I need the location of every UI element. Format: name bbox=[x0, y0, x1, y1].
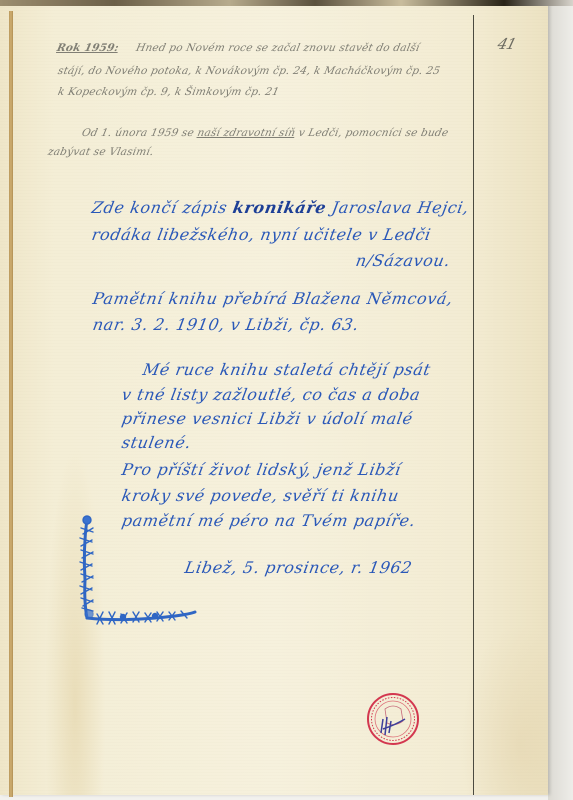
page-number: 41 bbox=[496, 35, 518, 53]
pencil-line: Od 1. února 1959 se naší zdravotní síň v… bbox=[81, 127, 450, 139]
ink-line: přinese vesnici Libži v údolí malé bbox=[120, 409, 414, 428]
scanned-document: 41 Rok 1959: Hned po Novém roce se začal… bbox=[0, 0, 573, 800]
scan-background bbox=[548, 0, 573, 800]
ink-line: Pamětní knihu přebírá Blažena Němcová, bbox=[91, 289, 454, 308]
ink-line: nar. 3. 2. 1910, v Libži, čp. 63. bbox=[91, 315, 360, 334]
ink-bold-text: kronikáře bbox=[231, 198, 328, 217]
ink-line: kroky své povede, svěří ti knihu bbox=[120, 486, 400, 505]
underlined-text: naší zdravotní síň bbox=[196, 127, 296, 139]
ink-line: v tné listy zažloutlé, co čas a doba bbox=[120, 385, 422, 404]
ink-text: Jaroslava Hejci, bbox=[325, 198, 471, 217]
ink-line: Pro příští život lidský, jenž Libží bbox=[120, 460, 402, 479]
pencil-text: další bbox=[392, 42, 421, 54]
pencil-text: Od 1. února 1959 se bbox=[81, 127, 199, 139]
ink-line: n/Sázavou. bbox=[354, 251, 452, 270]
ink-line: Zde končí zápis kronikáře Jaroslava Hejc… bbox=[90, 198, 470, 217]
scan-top-edge bbox=[0, 0, 573, 6]
pencil-line: k Kopeckovým čp. 9, k Šimkovým čp. 21 bbox=[57, 86, 281, 98]
margin-line bbox=[473, 15, 474, 795]
ink-text: Zde končí zápis bbox=[90, 198, 234, 217]
year-label: Rok 1959: bbox=[56, 42, 120, 54]
ink-line: stulené. bbox=[120, 433, 193, 452]
ink-line: rodáka libežského, nyní učitele v Ledči bbox=[90, 225, 432, 244]
pencil-line: zabývat se Vlasimí. bbox=[47, 146, 155, 158]
official-stamp-icon bbox=[365, 691, 421, 747]
place-date-line: Libež, 5. prosince, r. 1962 bbox=[183, 558, 414, 577]
pencil-line: Rok 1959: Hned po Novém roce se začal zn… bbox=[56, 42, 421, 54]
floral-ornament-icon bbox=[75, 510, 205, 630]
pencil-line: stájí, do Nového potoka, k Novákovým čp.… bbox=[57, 65, 442, 77]
binding-spine bbox=[9, 11, 13, 797]
pencil-text: Hned po Novém roce se začal znovu stavět… bbox=[135, 42, 395, 54]
pencil-text: v Ledči, pomocníci se bude bbox=[294, 127, 450, 139]
chronicle-page: 41 Rok 1959: Hned po Novém roce se začal… bbox=[0, 4, 548, 795]
ink-line: Mé ruce knihu staletá chtějí psát bbox=[141, 360, 432, 379]
